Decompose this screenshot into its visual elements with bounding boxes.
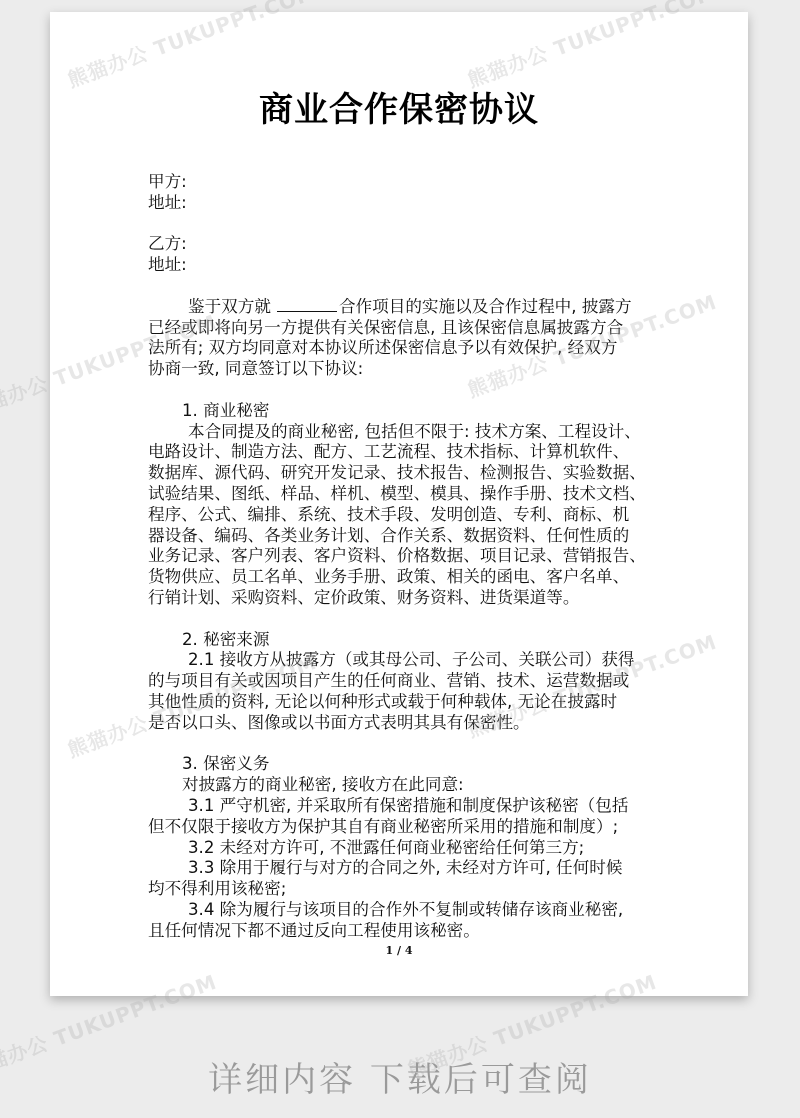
section-secret-source: 2. 秘密来源 2.1 接收方从披露方（或其母公司、子公司、关联公司）获得 的与… xyxy=(148,630,660,734)
section-line: 电路设计、制造方法、配方、工艺流程、技术指标、计算机软件、 xyxy=(148,442,660,463)
download-caption: 详细内容 下载后可查阅 xyxy=(0,1052,800,1101)
section-line: 货物供应、员工名单、业务手册、政策、相关的函电、客户名单、 xyxy=(148,567,660,588)
section-line: 2.1 接收方从披露方（或其母公司、子公司、关联公司）获得 xyxy=(148,650,660,671)
section-line: 其他性质的资料, 无论以何种形式或载于何种载体, 无论在披露时 xyxy=(148,692,660,713)
page-number: 1 / 4 xyxy=(50,944,748,957)
preamble-line: 鉴于双方就合作项目的实施以及合作过程中, 披露方 xyxy=(148,297,660,318)
section-line: 3.2 未经对方许可, 不泄露任何商业秘密给任何第三方; xyxy=(148,838,660,859)
party-b-address-label: 地址: xyxy=(148,255,660,276)
section-line: 3.1 严守机密, 并采取所有保密措施和制度保护该秘密（包括 xyxy=(148,796,660,817)
section-trade-secrets: 1. 商业秘密 本合同提及的商业秘密, 包括但不限于: 技术方案、工程设计、 电… xyxy=(148,401,660,609)
preamble-text: 合作项目的实施以及合作过程中, 披露方 xyxy=(339,297,632,316)
document-body: 甲方: 地址: 乙方: 地址: 鉴于双方就合作项目的实施以及合作过程中, 披露方… xyxy=(148,172,660,941)
section-line: 3.4 除为履行与该项目的合作外不复制或转储存该商业秘密, xyxy=(148,900,660,921)
section-line: 3.3 除用于履行与对方的合同之外, 未经对方许可, 任何时候 xyxy=(148,858,660,879)
section-line: 但不仅限于接收方为保护其自有商业秘密所采用的措施和制度）; xyxy=(148,817,660,838)
preamble-line: 法所有; 双方均同意对本协议所述保密信息予以有效保护, 经双方 xyxy=(148,338,660,359)
section-line: 行销计划、采购资料、定价政策、财务资料、进货渠道等。 xyxy=(148,588,660,609)
section-line: 程序、公式、编排、系统、技术手段、发明创造、专利、商标、机 xyxy=(148,505,660,526)
section-line: 均不得利用该秘密; xyxy=(148,879,660,900)
section-heading: 1. 商业秘密 xyxy=(148,401,660,422)
section-heading: 3. 保密义务 xyxy=(148,754,660,775)
section-line: 试验结果、图纸、样品、样机、模型、模具、操作手册、技术文档、 xyxy=(148,484,660,505)
preamble-text: 鉴于双方就 xyxy=(188,297,271,316)
section-line: 数据库、源代码、研究开发记录、技术报告、检测报告、实验数据、 xyxy=(148,463,660,484)
section-line: 且任何情况下都不通过反向工程使用该秘密。 xyxy=(148,921,660,942)
section-heading: 2. 秘密来源 xyxy=(148,630,660,651)
document-title: 商业合作保密协议 xyxy=(50,82,748,131)
section-confidentiality-obligations: 3. 保密义务 对披露方的商业秘密, 接收方在此同意: 3.1 严守机密, 并采… xyxy=(148,754,660,941)
party-a-address-label: 地址: xyxy=(148,193,660,214)
preamble-line: 已经或即将向另一方提供有关保密信息, 且该保密信息属披露方合 xyxy=(148,318,660,339)
section-intro: 对披露方的商业秘密, 接收方在此同意: xyxy=(148,775,660,796)
party-b-label: 乙方: xyxy=(148,234,660,255)
preamble-line: 协商一致, 同意签订以下协议: xyxy=(148,359,660,380)
section-line: 是否以口头、图像或以书面方式表明其具有保密性。 xyxy=(148,713,660,734)
document-page: 商业合作保密协议 甲方: 地址: 乙方: 地址: 鉴于双方就合作项目的实施以及合… xyxy=(50,12,748,996)
section-line: 的与项目有关或因项目产生的任何商业、营销、技术、运营数据或 xyxy=(148,671,660,692)
section-line: 器设备、编码、各类业务计划、合作关系、数据资料、任何性质的 xyxy=(148,526,660,547)
party-a-label: 甲方: xyxy=(148,172,660,193)
preamble: 鉴于双方就合作项目的实施以及合作过程中, 披露方 已经或即将向另一方提供有关保密… xyxy=(148,297,660,380)
section-line: 业务记录、客户列表、客户资料、价格数据、项目记录、营销报告、 xyxy=(148,546,660,567)
project-name-blank xyxy=(277,297,337,312)
section-line: 本合同提及的商业秘密, 包括但不限于: 技术方案、工程设计、 xyxy=(148,422,660,443)
